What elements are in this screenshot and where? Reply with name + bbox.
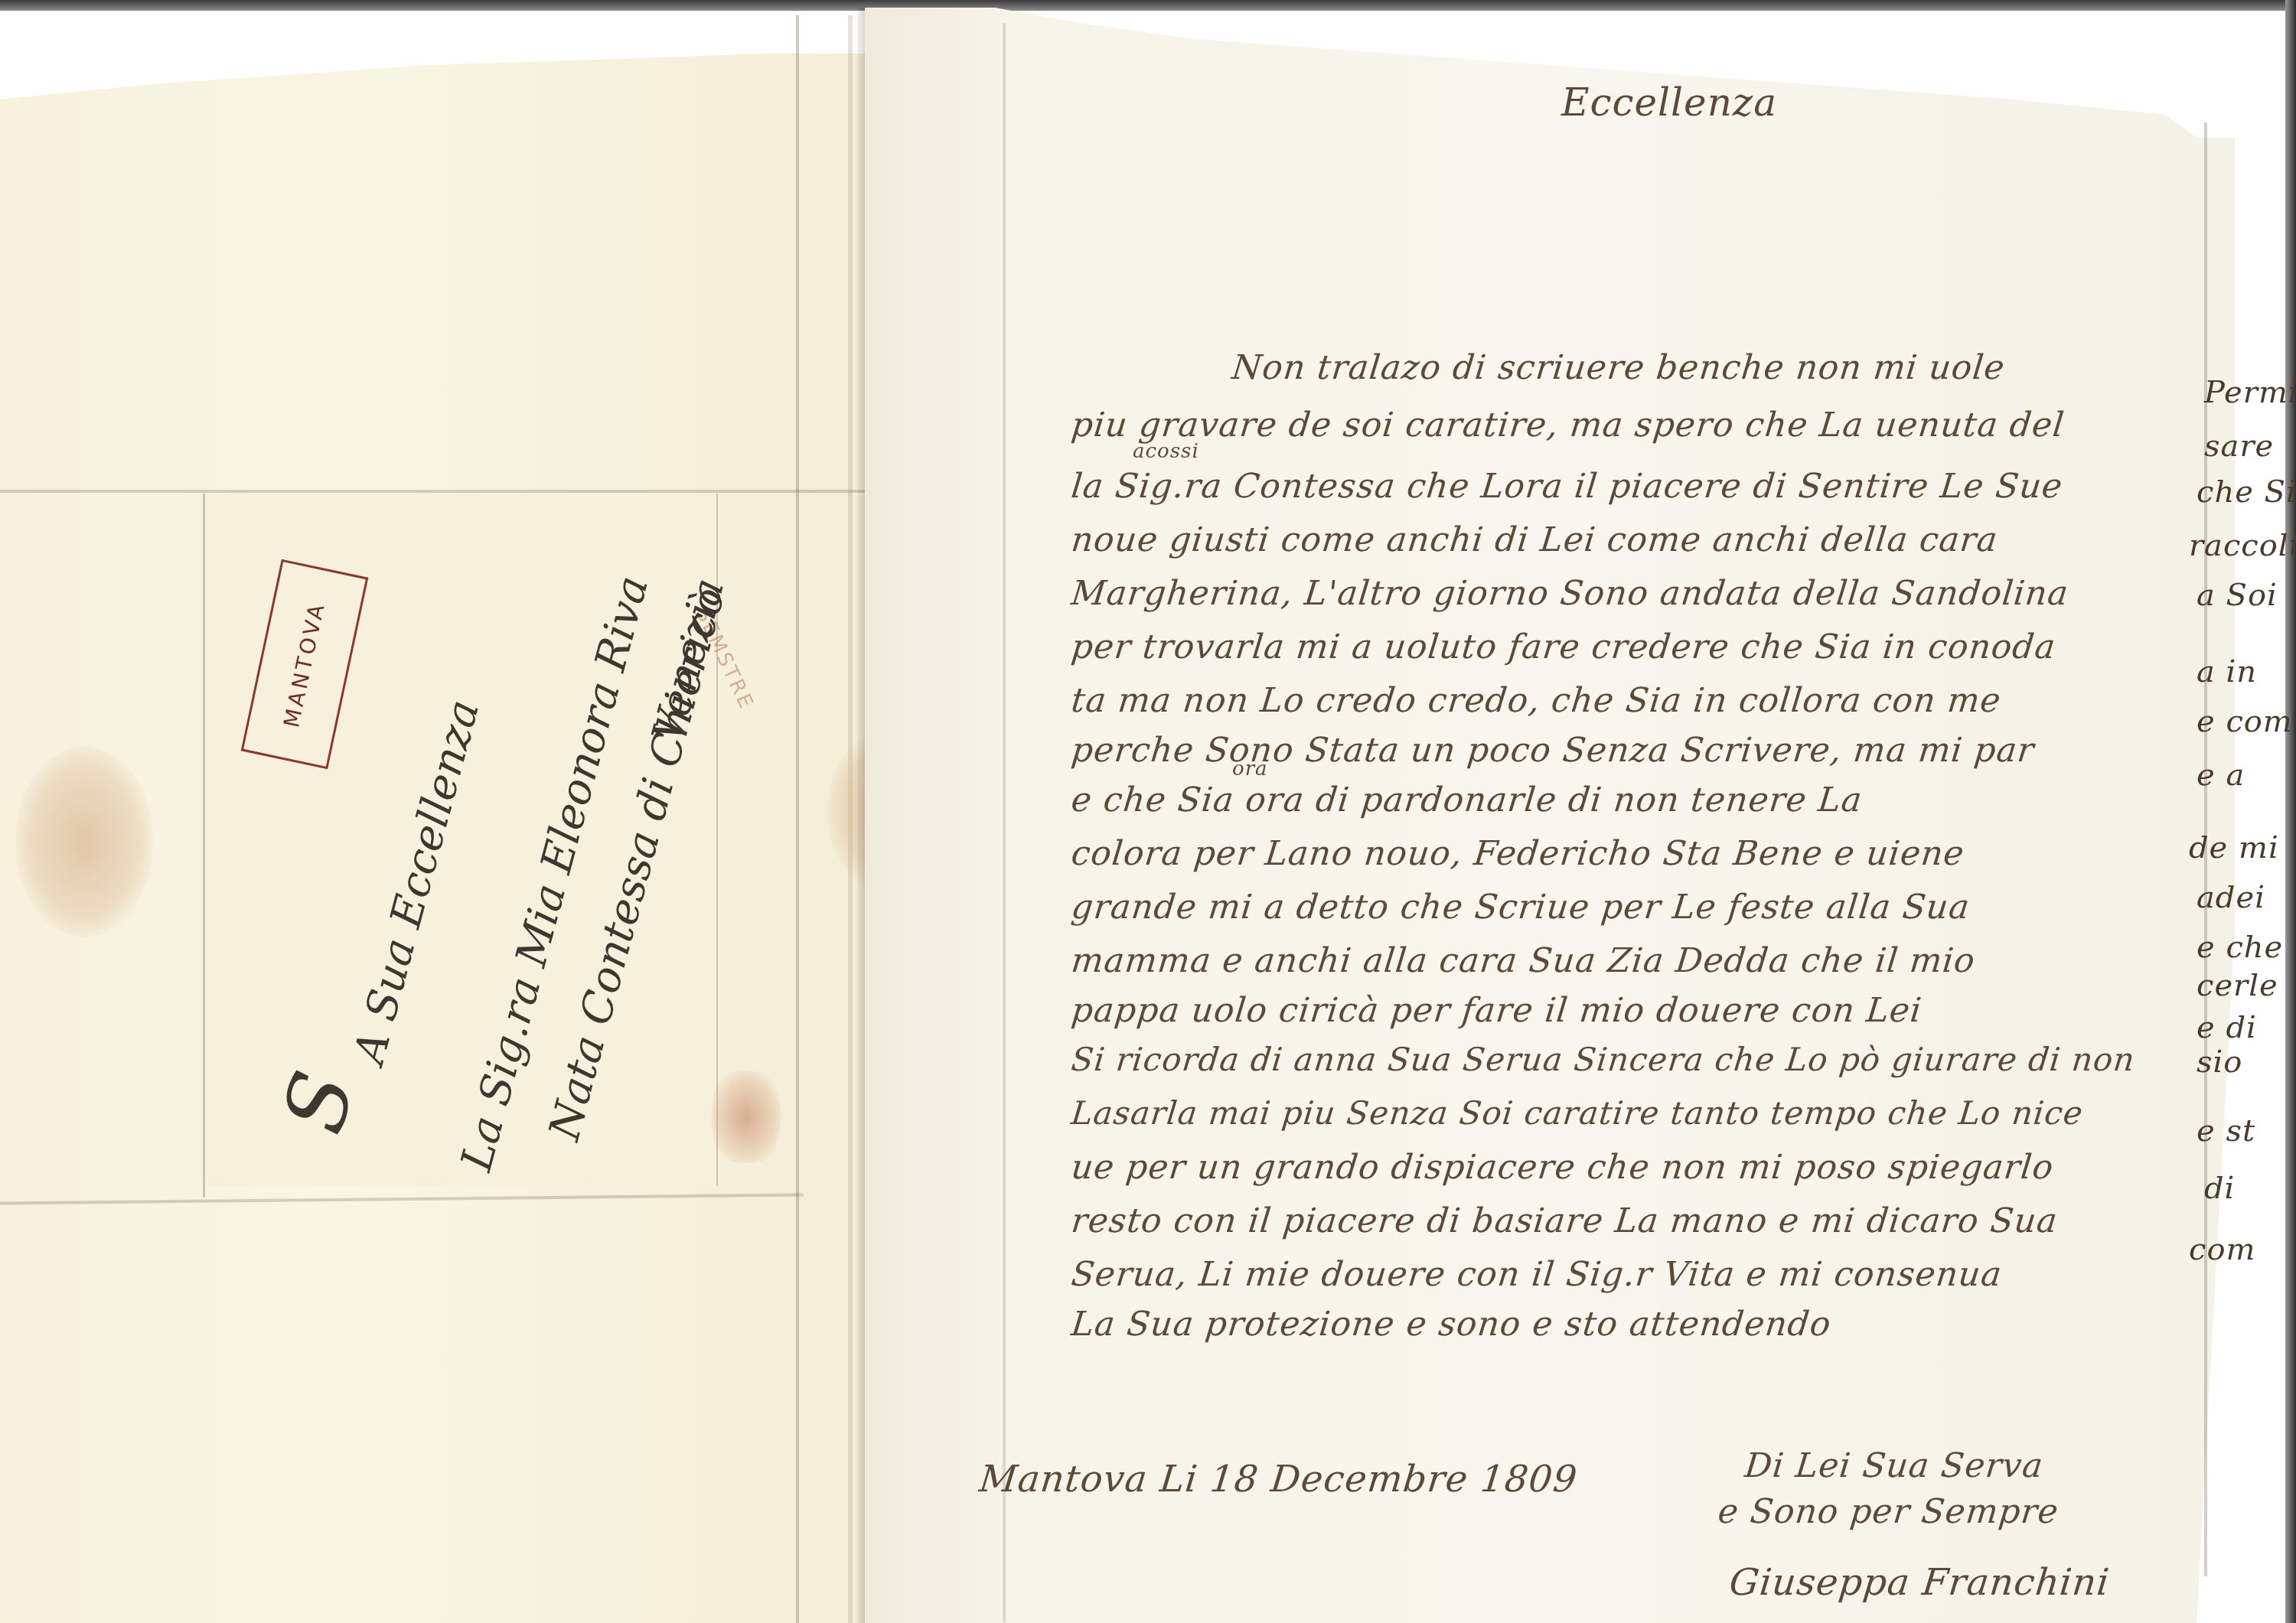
margin-fragment: che Sia bbox=[2197, 474, 2296, 510]
letter-line: Non tralazo di scriuere benche non mi uo… bbox=[1230, 348, 2007, 387]
letter-line: noue giusti come anchi di Lei come anchi… bbox=[1069, 520, 2000, 559]
margin-fragment: di bbox=[2204, 1171, 2235, 1206]
letter-line: grande mi a detto che Scriue per Le fest… bbox=[1069, 888, 1971, 927]
letter-line: e che Sia ora di pardonarle di non tener… bbox=[1069, 781, 1864, 820]
margin-fragment: cerle bbox=[2197, 968, 2278, 1003]
interlinear-insert: ora bbox=[1232, 758, 1268, 781]
margin-fragment: a in bbox=[2197, 654, 2257, 689]
margin-fragment: e a bbox=[2197, 758, 2245, 793]
letter-line: mamma e anchi alla cara Sua Zia Dedda ch… bbox=[1069, 941, 1977, 980]
letter-line: Serua, Li mie douere con il Sig.r Vita e… bbox=[1069, 1255, 2004, 1294]
scanner-top-edge bbox=[0, 0, 2296, 11]
margin-fragment: e che bbox=[2197, 930, 2283, 965]
scanner-right-edge bbox=[2285, 0, 2296, 1623]
letter-line: resto con il piacere di basiare La mano … bbox=[1069, 1201, 2060, 1240]
letter-crease bbox=[1003, 23, 1006, 1622]
fold-line-vertical bbox=[796, 15, 799, 1623]
margin-fragment: adei bbox=[2197, 880, 2265, 915]
margin-fragment: e di bbox=[2197, 1010, 2257, 1045]
signature: Giuseppa Franchini bbox=[1727, 1561, 2112, 1604]
letter-line: La Sua protezione e sono e sto attendend… bbox=[1069, 1305, 1833, 1344]
margin-fragment: e st bbox=[2197, 1113, 2255, 1149]
margin-fragment: Permi bbox=[2204, 375, 2296, 410]
letter-line: ue per un grando dispiacere che non mi p… bbox=[1069, 1148, 2056, 1187]
closing-line: Di Lei Sua Serva bbox=[1743, 1446, 2045, 1485]
letter-line: Si ricorda di anna Sua Serua Sincera che… bbox=[1069, 1041, 2137, 1078]
margin-fragment: a Soi bbox=[2197, 578, 2278, 613]
margin-fragment: raccolte bbox=[2189, 528, 2296, 563]
margin-fragment: com bbox=[2189, 1232, 2255, 1267]
margin-fragment: sio bbox=[2197, 1045, 2242, 1080]
letter-line: piu gravare de soi caratire, ma spero ch… bbox=[1069, 406, 2066, 445]
fold-line-horizontal bbox=[0, 490, 995, 493]
margin-fragment: de mi bbox=[2189, 830, 2279, 865]
interlinear-insert: acossi bbox=[1133, 440, 1199, 463]
letter-line: pappa uolo ciricà per fare il mio douere… bbox=[1069, 991, 1923, 1030]
wax-seal-stain bbox=[15, 746, 153, 937]
letter-line: ta ma non Lo credo credo, che Sia in col… bbox=[1069, 681, 2003, 720]
dateline: Mantova Li 18 Decembre 1809 bbox=[977, 1458, 1580, 1501]
rust-stain bbox=[712, 1071, 781, 1163]
closing-line: e Sono per Sempre bbox=[1716, 1492, 2060, 1531]
letter-line: perche Sono Stata un poco Senza Scrivere… bbox=[1069, 731, 2036, 770]
letter-line: per trovarla mi a uoluto fare credere ch… bbox=[1069, 627, 2057, 666]
letter-line: colora per Lano nouo, Federicho Sta Bene… bbox=[1069, 834, 1966, 873]
margin-fragment: sare bbox=[2204, 429, 2274, 464]
letter-line: Margherina, L'altro giorno Sono andata d… bbox=[1069, 574, 2070, 613]
letter-salutation: Eccellenza bbox=[1561, 80, 1777, 125]
letter-line: Lasarla mai piu Senza Soi caratire tanto… bbox=[1069, 1094, 2085, 1132]
letter-line: la Sig.ra Contessa che Lora il piacere d… bbox=[1069, 467, 2065, 506]
margin-fragment: e com bbox=[2197, 704, 2293, 739]
